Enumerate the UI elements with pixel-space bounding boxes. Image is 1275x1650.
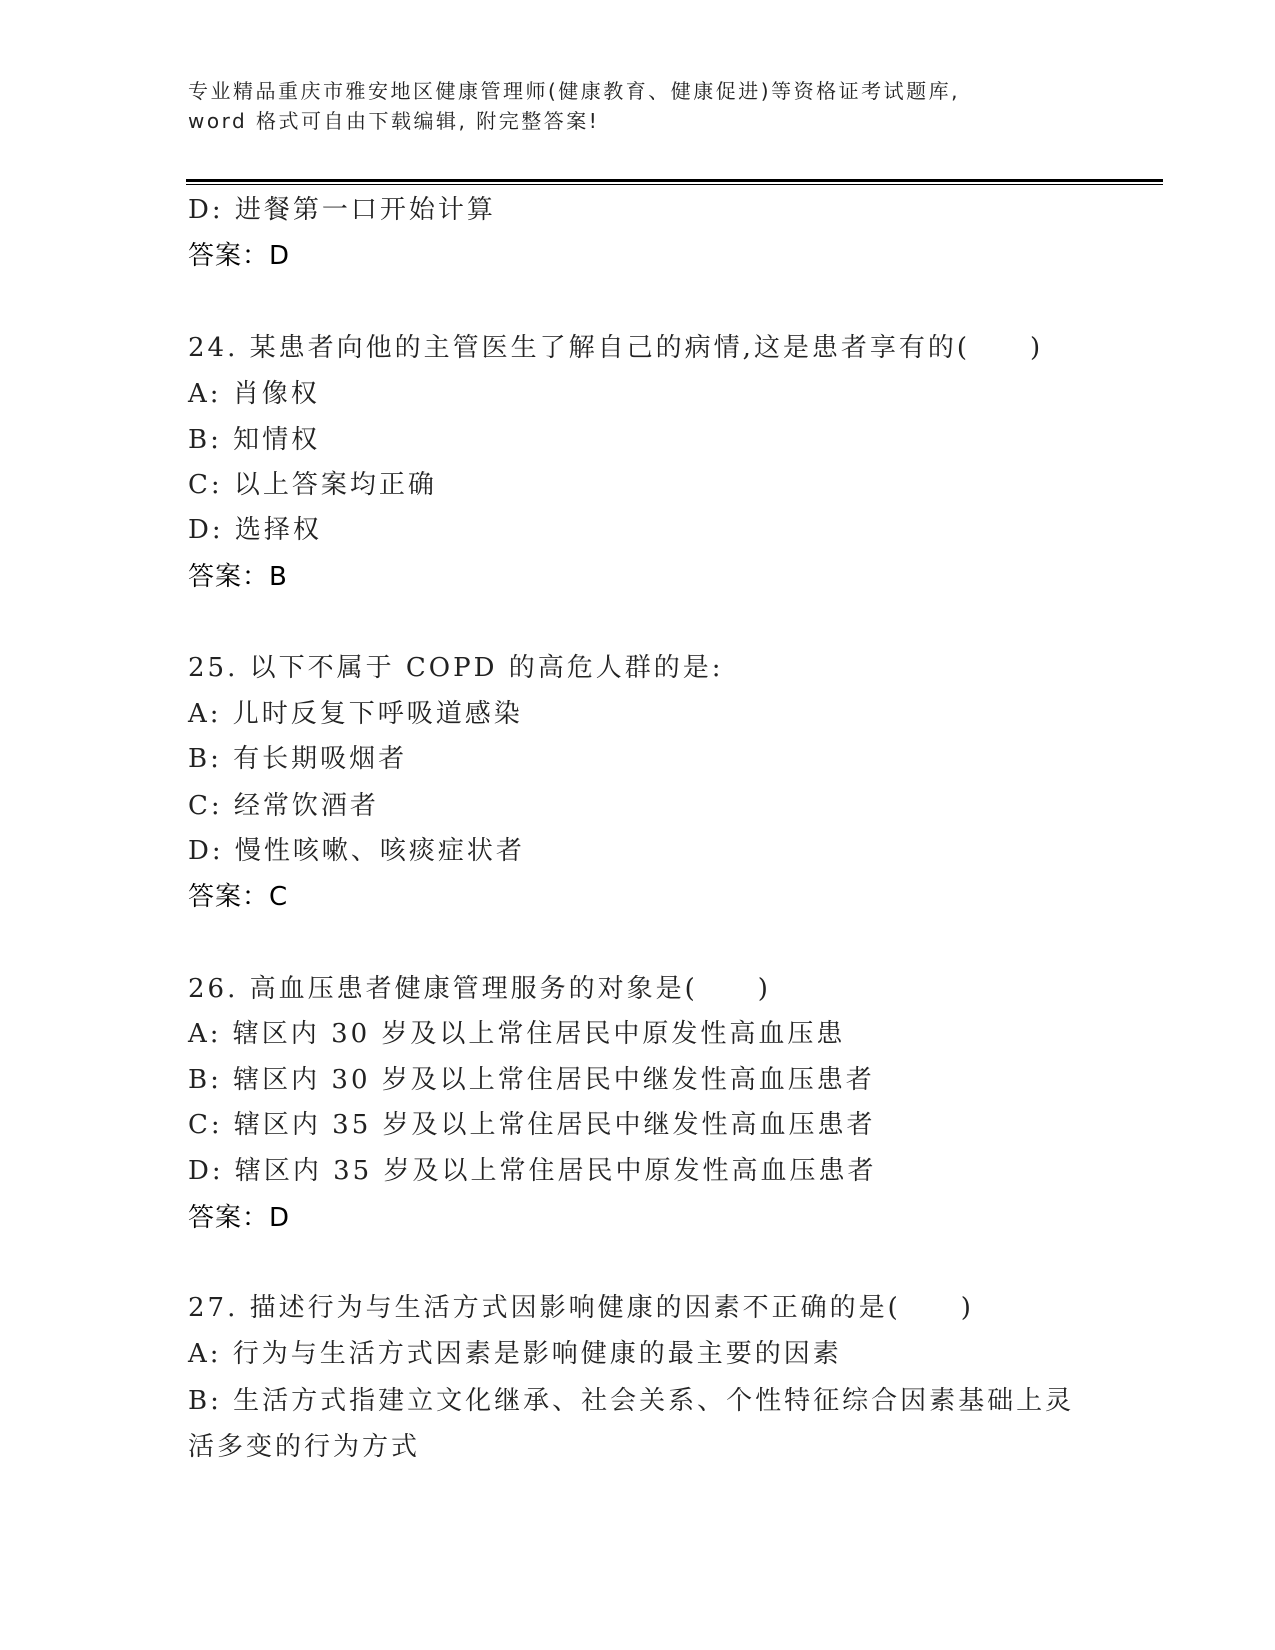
question-text: 以下不属于 COPD 的高危人群的是:: [250, 653, 724, 683]
question-text: 高血压患者健康管理服务的对象是(: [250, 974, 698, 1004]
option-d: D: 选择权: [188, 514, 322, 546]
header-line-1: 专业精品重庆市雅安地区健康管理师(健康教育、健康促进)等资格证考试题库,: [188, 76, 1088, 106]
question-27-stem: 27. 描述行为与生活方式因影响健康的因素不正确的是(): [188, 1292, 974, 1324]
question-number: 25.: [188, 653, 238, 683]
option-c: C: 辖区内 35 岁及以上常住居民中继发性高血压患者: [188, 1109, 876, 1141]
option-a: A: 肖像权: [188, 378, 320, 410]
option-a: A: 辖区内 30 岁及以上常住居民中原发性高血压患: [188, 1018, 845, 1050]
document-page: 专业精品重庆市雅安地区健康管理师(健康教育、健康促进)等资格证考试题库, wor…: [0, 0, 1275, 1650]
question-text-end: ): [1030, 333, 1043, 363]
option-b: B: 生活方式指建立文化继承、社会关系、个性特征综合因素基础上灵: [188, 1385, 1074, 1417]
question-number: 24.: [188, 333, 238, 363]
question-number: 27.: [188, 1293, 238, 1323]
option-d: D: 进餐第一口开始计算: [188, 194, 496, 226]
option-d: D: 辖区内 35 岁及以上常住居民中原发性高血压患者: [188, 1155, 876, 1187]
question-text-end: ): [961, 1293, 974, 1323]
question-number: 26.: [188, 974, 238, 1004]
question-24-stem: 24. 某患者向他的主管医生了解自己的病情,这是患者享有的(): [188, 332, 1043, 364]
header-line-2: word 格式可自由下载编辑, 附完整答案!: [188, 106, 1088, 136]
option-a: A: 行为与生活方式因素是影响健康的最主要的因素: [188, 1338, 842, 1370]
option-c: C: 经常饮酒者: [188, 790, 379, 822]
option-b: B: 有长期吸烟者: [188, 743, 407, 775]
header-divider-thick: [186, 179, 1163, 182]
answer-label: 答案：C: [188, 881, 288, 913]
option-a: A: 儿时反复下呼吸道感染: [188, 698, 523, 730]
question-25-stem: 25. 以下不属于 COPD 的高危人群的是:: [188, 652, 723, 684]
option-b-continuation: 活多变的行为方式: [188, 1431, 420, 1463]
header-divider-thin: [186, 184, 1163, 185]
answer-label: 答案：D: [188, 240, 290, 272]
question-text: 描述行为与生活方式因影响健康的因素不正确的是(: [250, 1293, 901, 1323]
option-b: B: 知情权: [188, 424, 320, 456]
option-d: D: 慢性咳嗽、咳痰症状者: [188, 835, 525, 867]
question-26-stem: 26. 高血压患者健康管理服务的对象是(): [188, 973, 771, 1005]
answer-label: 答案：B: [188, 561, 288, 593]
question-text-end: ): [758, 974, 771, 1004]
page-header: 专业精品重庆市雅安地区健康管理师(健康教育、健康促进)等资格证考试题库, wor…: [188, 76, 1088, 136]
option-c: C: 以上答案均正确: [188, 469, 437, 501]
question-text: 某患者向他的主管医生了解自己的病情,这是患者享有的(: [250, 333, 970, 363]
answer-label: 答案：D: [188, 1202, 290, 1234]
option-b: B: 辖区内 30 岁及以上常住居民中继发性高血压患者: [188, 1064, 875, 1096]
